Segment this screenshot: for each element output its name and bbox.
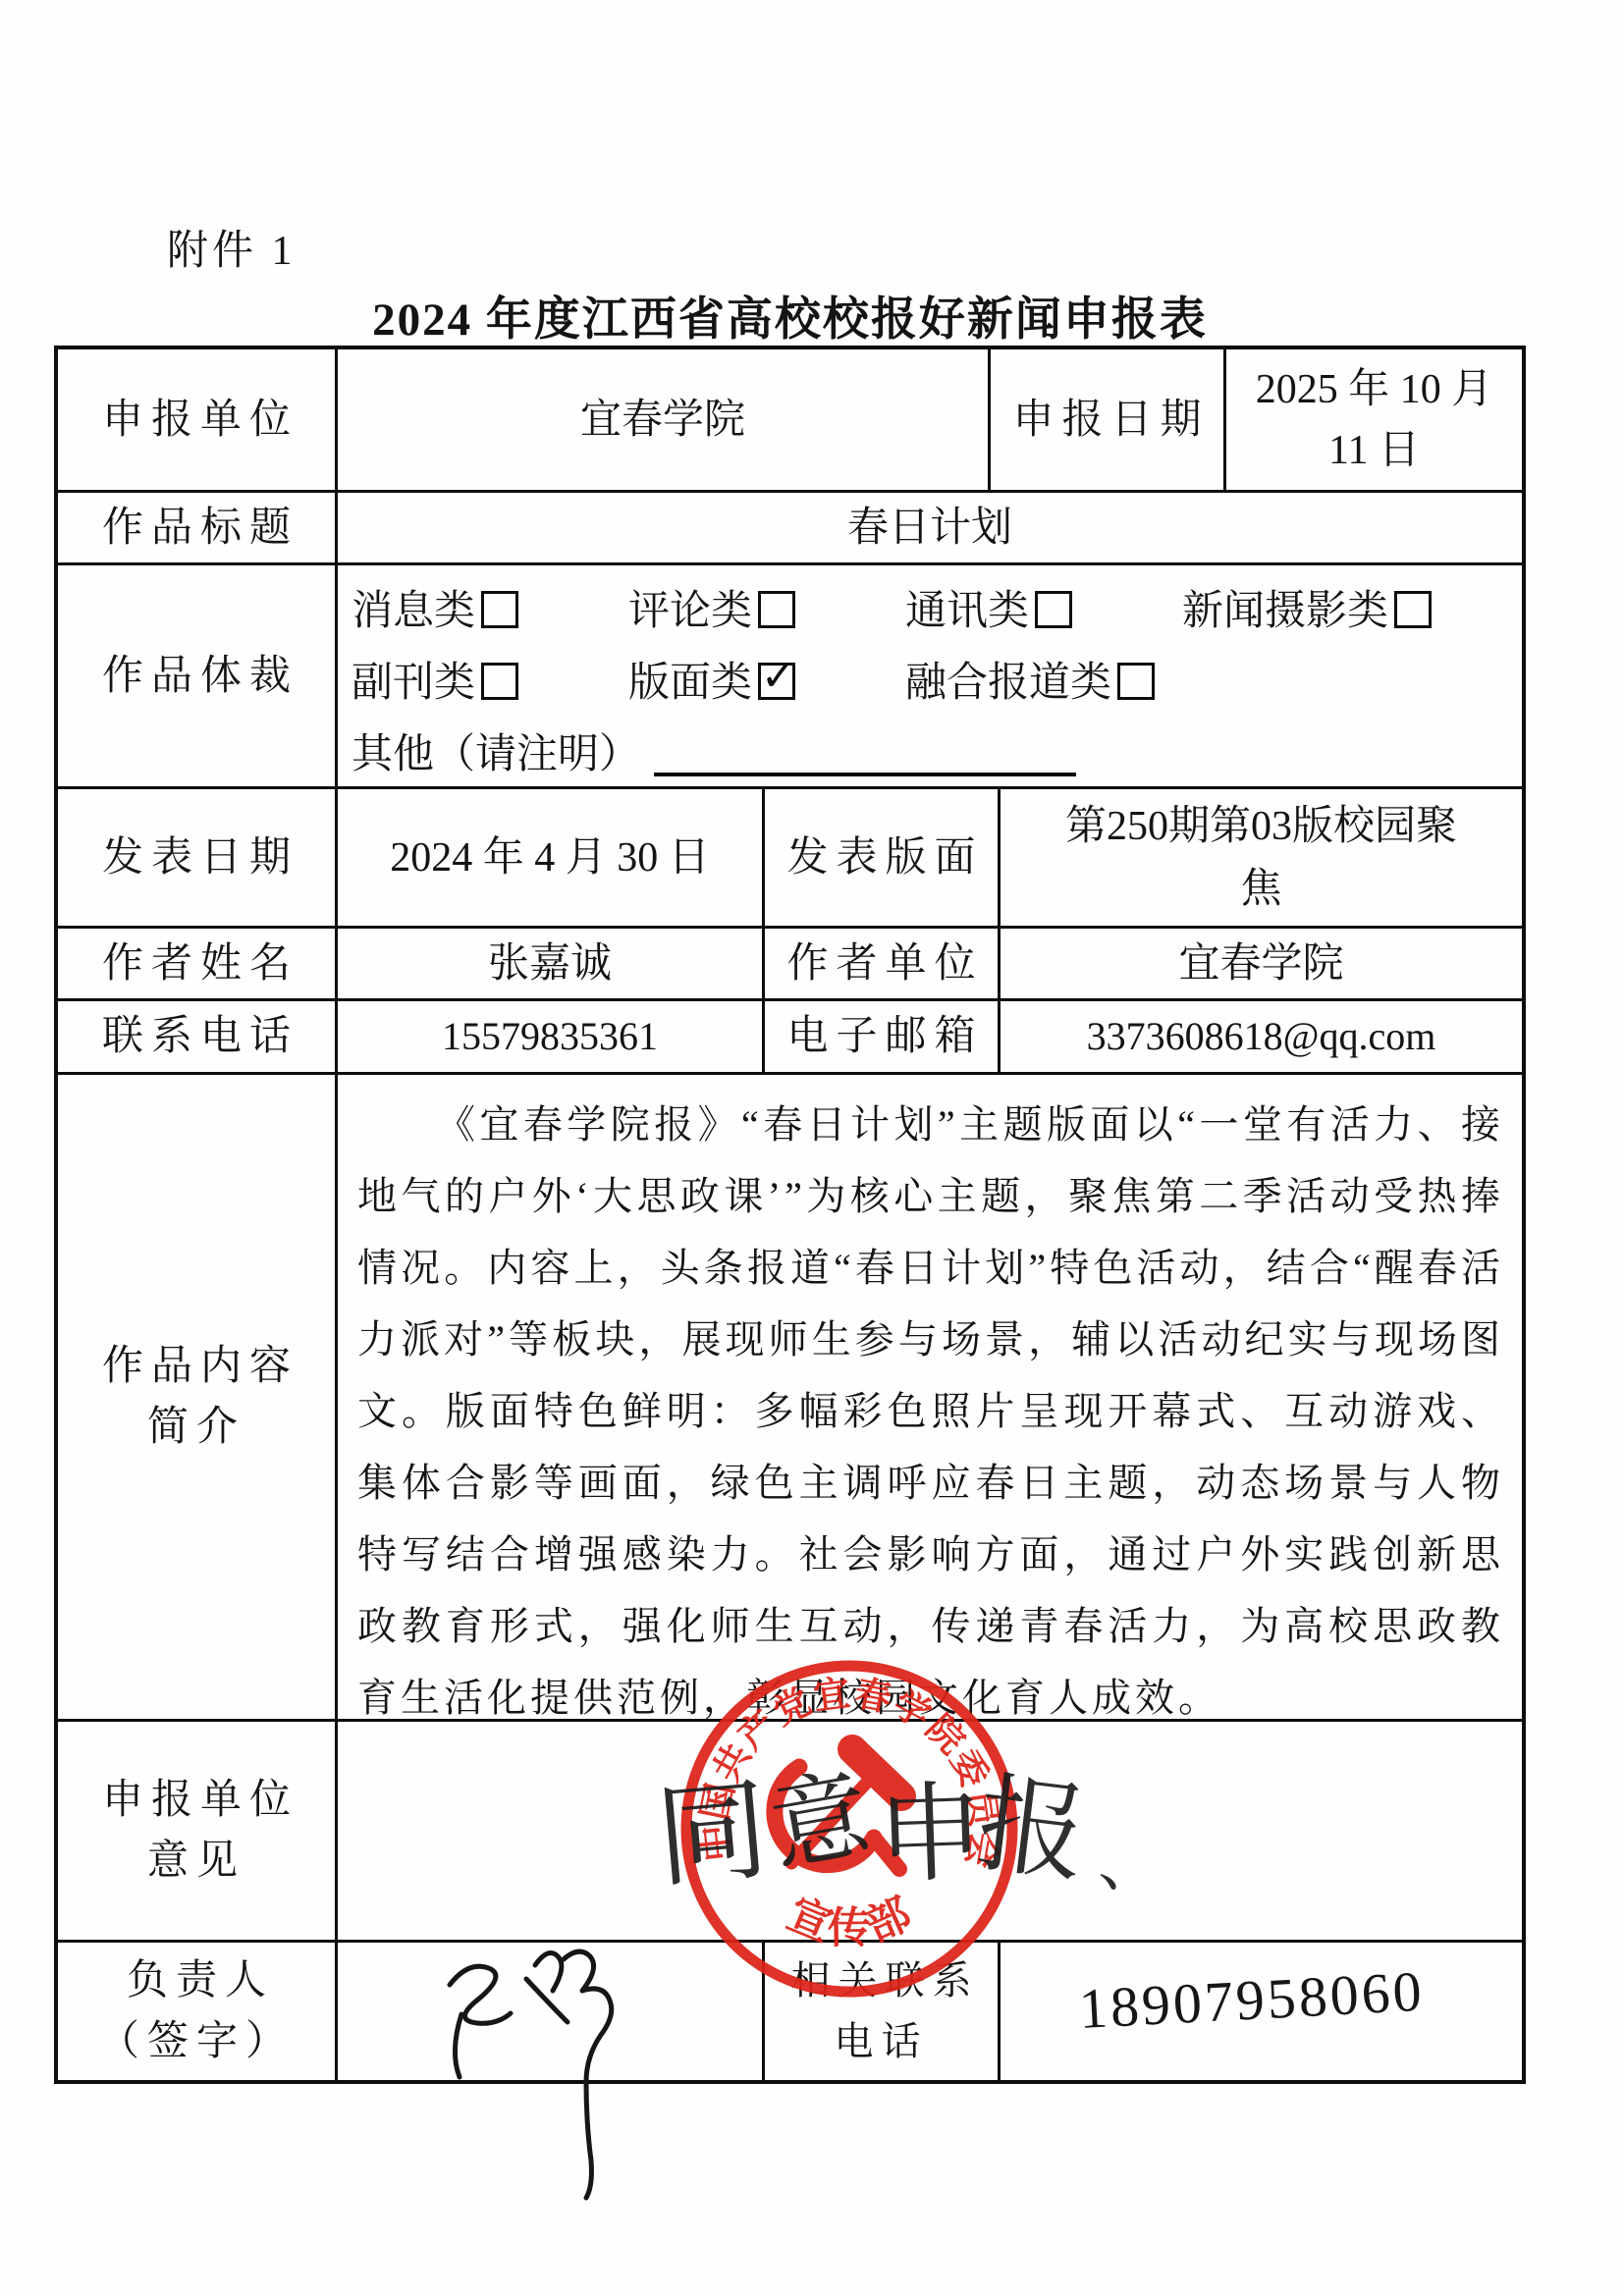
contact-phone-label: 联系电话 (58, 1001, 338, 1075)
genre-line-other: 其他（请注明） (352, 719, 1522, 790)
opinion-cell (338, 1722, 1522, 1943)
genre-label: 作品体裁 (58, 565, 338, 789)
responsible-label: 负责人 （签字） (58, 1943, 338, 2080)
related-contact-value-cell (1001, 1943, 1522, 2080)
author-unit-value: 宜春学院 (1001, 929, 1522, 1001)
declare-unit-label: 申报单位 (58, 349, 338, 493)
scanned-application-form: 附件 1 2024 年度江西省高校校报好新闻申报表 申报单位 宜春学院 申报日期… (0, 0, 1623, 2296)
genre-option-supplement: 副刊类 (352, 655, 518, 712)
checkbox-news (481, 591, 518, 628)
genre-options-cell: 消息类 评论类 通讯类 新闻摄影类 副刊类 版面类✓ 融合报道类 其他（请注明） (338, 565, 1522, 789)
publish-date-value: 2024 年 4 月 30 日 (338, 789, 765, 929)
email-label: 电子邮箱 (765, 1001, 1001, 1075)
genre-line-2: 副刊类 版面类✓ 融合报道类 (352, 647, 1522, 719)
genre-option-news: 消息类 (352, 583, 518, 640)
author-unit-label: 作者单位 (765, 929, 1001, 1001)
genre-option-layout: 版面类✓ (628, 655, 795, 712)
form-title: 2024 年度江西省高校校报好新闻申报表 (54, 283, 1526, 348)
genre-option-integrated-media: 融合报道类 (905, 655, 1155, 712)
checkbox-supplement (481, 663, 518, 700)
publish-page-label: 发表版面 (765, 789, 1001, 929)
checkbox-integrated-media (1117, 663, 1155, 700)
declare-date-label: 申报日期 (991, 349, 1226, 493)
opinion-label: 申报单位 意见 (58, 1722, 338, 1943)
work-title-value: 春日计划 (338, 493, 1522, 565)
publish-page-value: 第250期第03版校园聚 焦 (1001, 789, 1522, 929)
checkbox-commentary (758, 591, 795, 628)
genre-other-label: 其他（请注明） (352, 726, 640, 783)
contact-phone-value: 15579835361 (338, 1001, 765, 1075)
checkbox-communication (1035, 591, 1072, 628)
checkbox-layout: ✓ (758, 663, 795, 700)
genre-option-communication: 通讯类 (905, 583, 1072, 640)
attachment-label: 附件 1 (167, 218, 297, 277)
related-contact-label: 相关联系 电话 (765, 1943, 1001, 2080)
checkbox-photojournalism (1394, 591, 1432, 628)
email-value: 3373608618@qq.com (1001, 1001, 1522, 1075)
genre-option-photojournalism: 新闻摄影类 (1182, 583, 1432, 640)
declare-date-value: 2025 年 10 月 11 日 (1226, 349, 1522, 493)
responsible-signature-cell (338, 1943, 765, 2080)
genre-option-commentary: 评论类 (628, 583, 795, 640)
genre-line-1: 消息类 评论类 通讯类 新闻摄影类 (352, 575, 1522, 647)
intro-label: 作品内容 简介 (58, 1075, 338, 1722)
intro-text: 《宜春学院报》“春日计划”主题版面以“一堂有活力、接地气的户外‘大思政课’”为核… (338, 1075, 1522, 1722)
declare-unit-value: 宜春学院 (338, 349, 991, 493)
application-table: 申报单位 宜春学院 申报日期 2025 年 10 月 11 日 作品标题 春日计… (54, 346, 1526, 2084)
work-title-label: 作品标题 (58, 493, 338, 565)
publish-date-label: 发表日期 (58, 789, 338, 929)
genre-other-blank-line (654, 733, 1076, 776)
author-name-value: 张嘉诚 (338, 929, 765, 1001)
author-name-label: 作者姓名 (58, 929, 338, 1001)
